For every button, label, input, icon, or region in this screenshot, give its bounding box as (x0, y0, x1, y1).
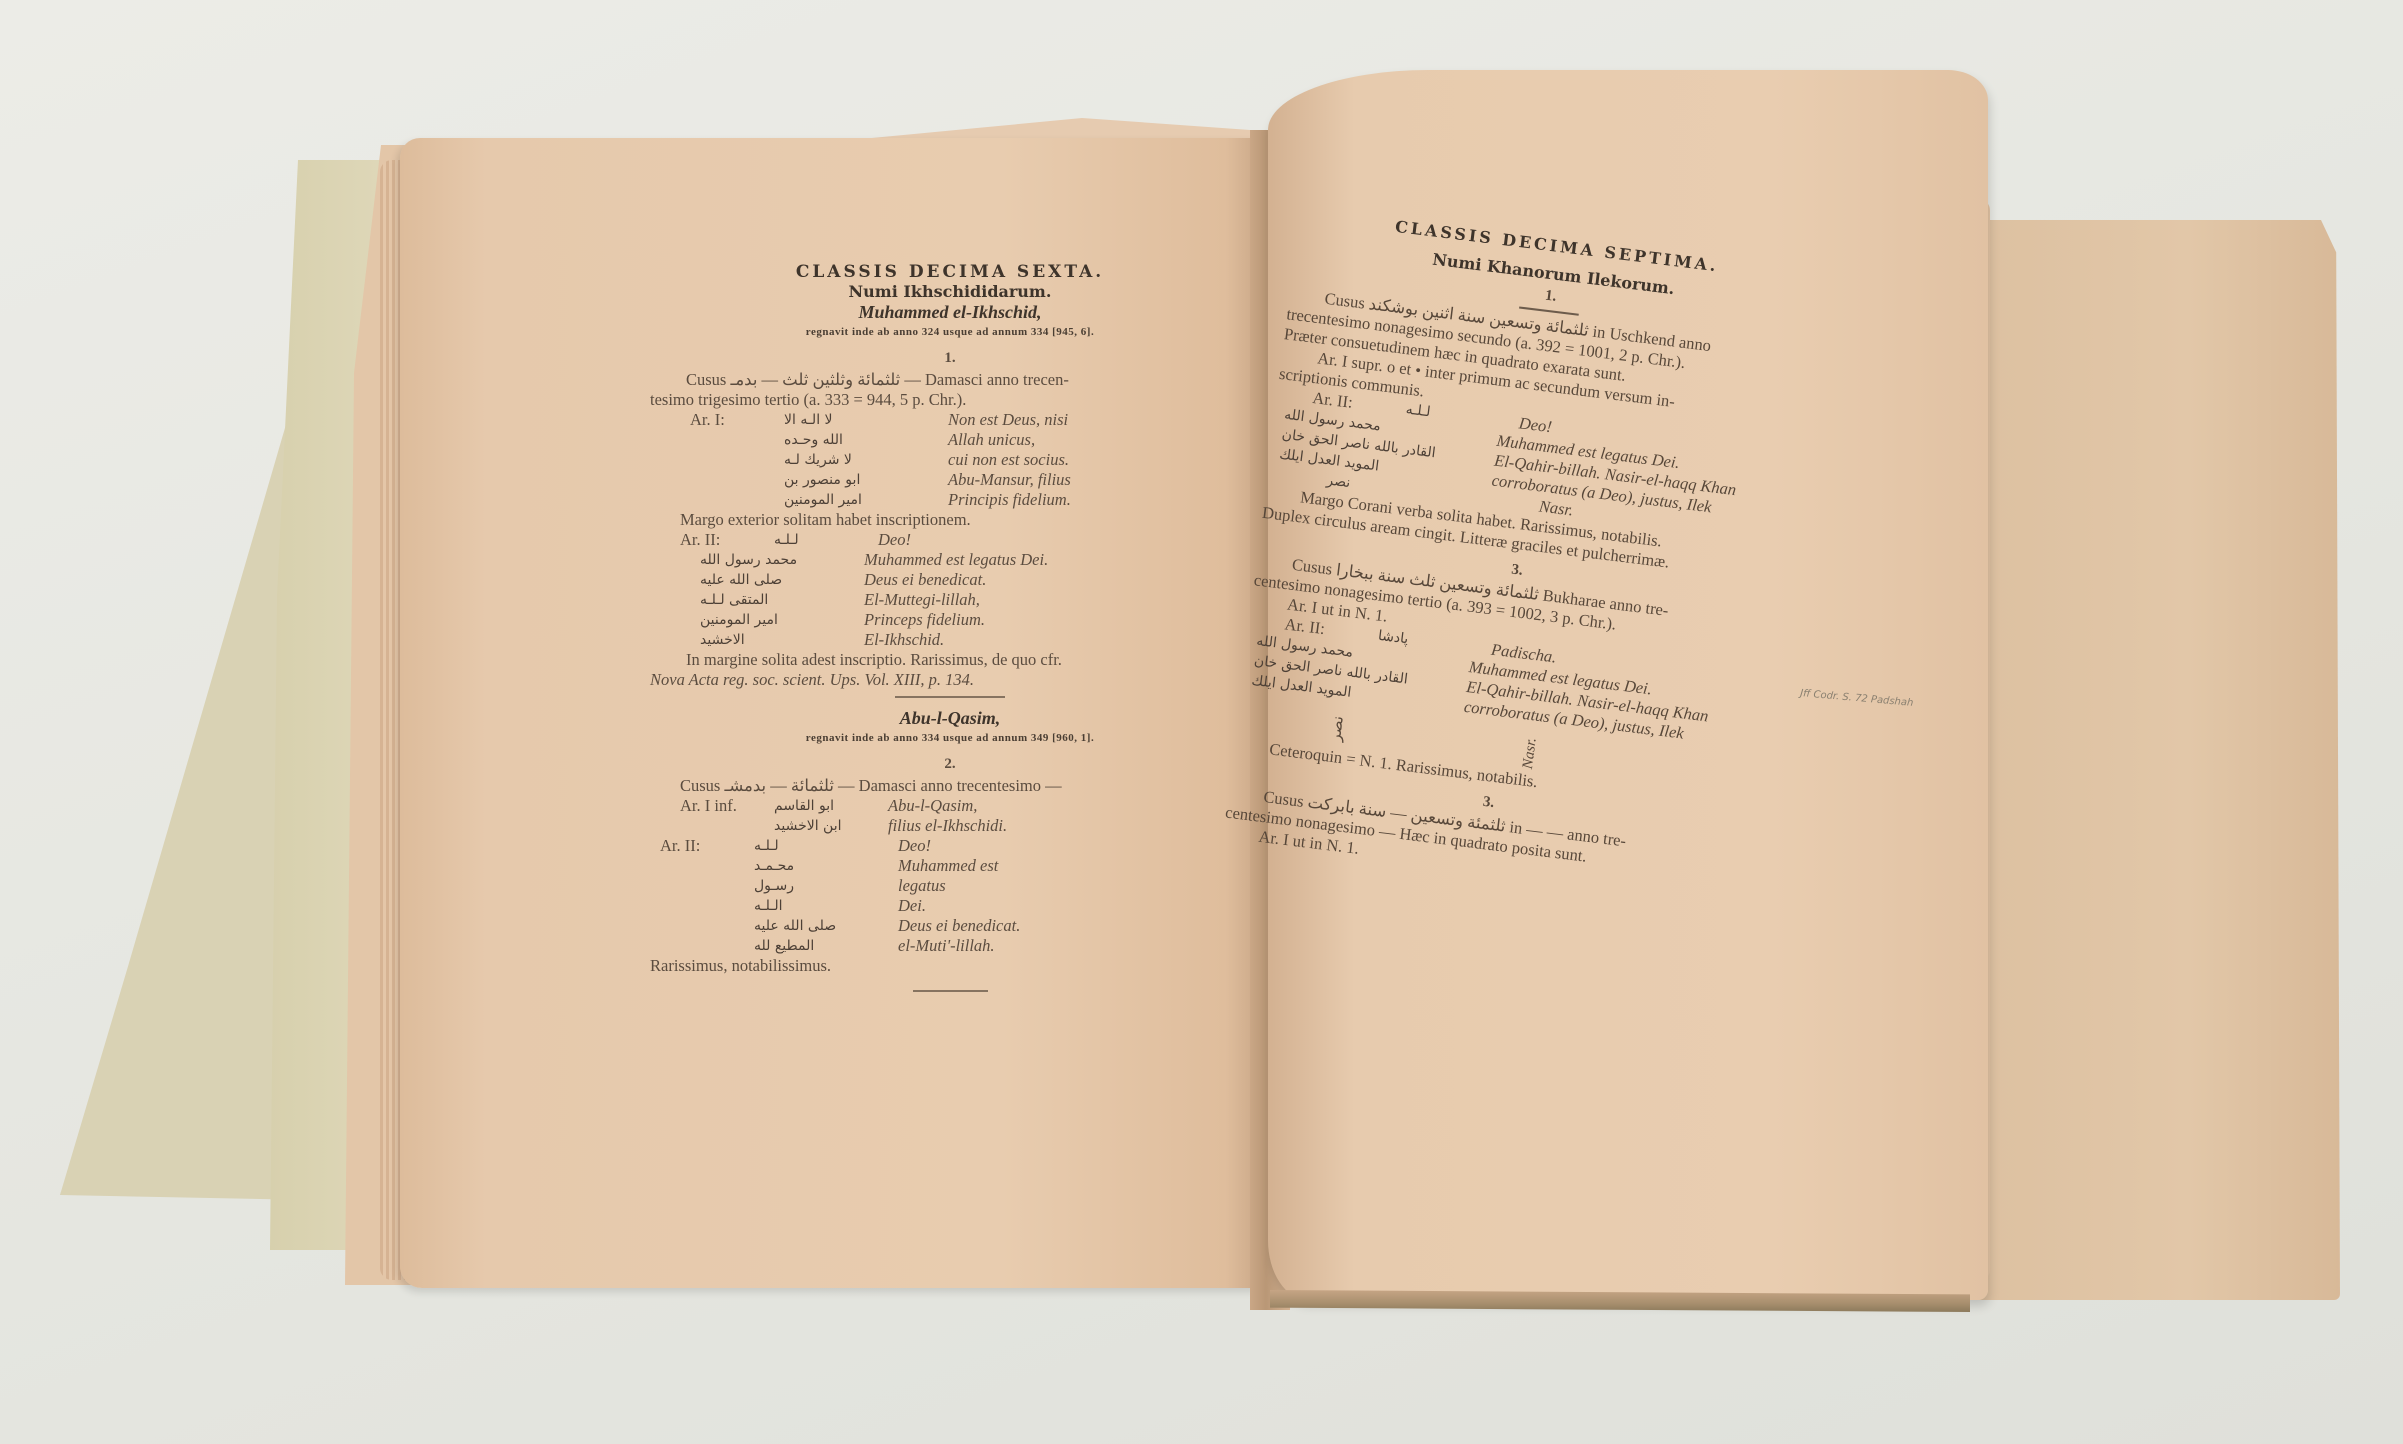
inscription-row: محمد رسول الله Muhammed est legatus Dei. (650, 550, 1250, 570)
arabic: لا شريك لـه (784, 450, 934, 470)
arabic: رسـول (754, 876, 884, 896)
arabic: لا الـه الا (784, 410, 934, 430)
latin: Deo! (878, 530, 911, 550)
inscription-row: الاخشيد El-Ikhschid. (650, 630, 1250, 650)
inscription-row: المتقى لـلـه El-Muttegi-lillah, (650, 590, 1250, 610)
latin: Abu-Mansur, filius (948, 470, 1071, 490)
citation: Nova Acta reg. soc. scient. Ups. Vol. XI… (650, 670, 1250, 690)
casus-line: tesimo trigesimo tertio (a. 333 = 944, 5… (650, 390, 1250, 410)
arabic: ابو منصور بن (784, 470, 934, 490)
inscription-row: Ar. II: لـلـه Deo! (650, 530, 1250, 550)
label: Ar. II: (680, 530, 760, 550)
arabic: الاخشيد (700, 630, 850, 650)
margo-note: Margo exterior solitam habet inscription… (650, 510, 1250, 530)
latin: Abu-l-Qasim, (888, 796, 977, 816)
inscription-row: لا شريك لـه cui non est socius. (650, 450, 1250, 470)
arabic: ابو القاسم (774, 796, 874, 816)
inscription-row: صلى الله عليه Deus ei benedicat. (650, 570, 1250, 590)
label: Ar. II: (660, 836, 740, 856)
arabic: المتقى لـلـه (700, 590, 850, 610)
arabic: امير المومنين (784, 490, 934, 510)
latin: Dei. (898, 896, 926, 916)
inscription-row: Ar. II: لـلـه Deo! (650, 836, 1250, 856)
latin: El-Ikhschid. (864, 630, 944, 650)
note: In margine solita adest inscriptio. Rari… (650, 650, 1250, 670)
latin: Muhammed est legatus Dei. (864, 550, 1048, 570)
classis-heading: CLASSIS DECIMA SEXTA. (650, 262, 1250, 282)
arabic: محمد رسول الله (700, 550, 850, 570)
end-divider (913, 990, 988, 992)
inscription-row: ابو منصور بن Abu-Mansur, filius (650, 470, 1250, 490)
latin: Principis fidelium. (948, 490, 1071, 510)
inscription-row: رسـول legatus (650, 876, 1250, 896)
inscription-row: صلى الله عليه Deus ei benedicat. (650, 916, 1250, 936)
section-heading: Numi Ikhschididarum. (650, 282, 1250, 302)
latin: Deo! (898, 836, 931, 856)
latin: cui non est socius. (948, 450, 1069, 470)
reign-dates: regnavit inde ab anno 334 usque ad annum… (650, 728, 1250, 748)
latin: Allah unicus, (948, 430, 1035, 450)
casus-line: Cusus ثلثمائة — بدمشـ — Damasci anno tre… (650, 776, 1250, 796)
arabic: الـلـه (754, 896, 884, 916)
inscription-row: الـلـه Dei. (650, 896, 1250, 916)
inscription-row: محـمـد Muhammed est (650, 856, 1250, 876)
latin: el-Muti'-lillah. (898, 936, 995, 956)
latin: filius el-Ikhschidi. (888, 816, 1007, 836)
section-divider (895, 696, 1005, 698)
arabic: لـلـه (774, 530, 864, 550)
arabic: الله وحـده (784, 430, 934, 450)
arabic: لـلـه (754, 836, 884, 856)
entry-number: 2. (650, 754, 1250, 774)
inscription-row: Ar. I inf. ابو القاسم Abu-l-Qasim, (650, 796, 1250, 816)
casus-line: Cusus ثلثمائة وثلثين ثلث — بدمـ — Damasc… (650, 370, 1250, 390)
arabic: ابن الاخشيد (774, 816, 874, 836)
inscription-row: امير المومنين Principis fidelium. (650, 490, 1250, 510)
latin: Deus ei benedicat. (864, 570, 986, 590)
vertical-arabic: نصر (1325, 715, 1348, 743)
arabic: صلى الله عليه (754, 916, 884, 936)
vertical-latin: Nasr. (1518, 737, 1542, 770)
left-page-text: CLASSIS DECIMA SEXTA. Numi Ikhschididaru… (650, 262, 1250, 1002)
reign-dates: regnavit inde ab anno 324 usque ad annum… (650, 322, 1250, 342)
label: Ar. I: (690, 410, 770, 430)
latin: El-Muttegi-lillah, (864, 590, 980, 610)
arabic: امير المومنين (700, 610, 850, 630)
latin: Non est Deus, nisi (948, 410, 1068, 430)
inscription-row: المطيع لله el-Muti'-lillah. (650, 936, 1250, 956)
closing-note: Rarissimus, notabilissimus. (650, 956, 1250, 976)
entry-number: 1. (650, 348, 1250, 368)
latin: Muhammed est (898, 856, 998, 876)
inscription-row: Ar. I: لا الـه الا Non est Deus, nisi (650, 410, 1250, 430)
ruler-name: Muhammed el-Ikhschid, (650, 302, 1250, 322)
ruler-name: Abu-l-Qasim, (650, 708, 1250, 728)
right-page-text: CLASSIS DECIMA SEPTIMA. Numi Khanorum Il… (1222, 205, 1816, 906)
latin: legatus (898, 876, 946, 896)
inscription-row: الله وحـده Allah unicus, (650, 430, 1250, 450)
arabic: محـمـد (754, 856, 884, 876)
arabic: صلى الله عليه (700, 570, 850, 590)
latin: Princeps fidelium. (864, 610, 985, 630)
book-right-endpaper (1960, 220, 2340, 1300)
label: Ar. I inf. (680, 796, 760, 816)
inscription-row: ابن الاخشيد filius el-Ikhschidi. (650, 816, 1250, 836)
arabic: المطيع لله (754, 936, 884, 956)
latin: Deus ei benedicat. (898, 916, 1020, 936)
inscription-row: امير المومنين Princeps fidelium. (650, 610, 1250, 630)
